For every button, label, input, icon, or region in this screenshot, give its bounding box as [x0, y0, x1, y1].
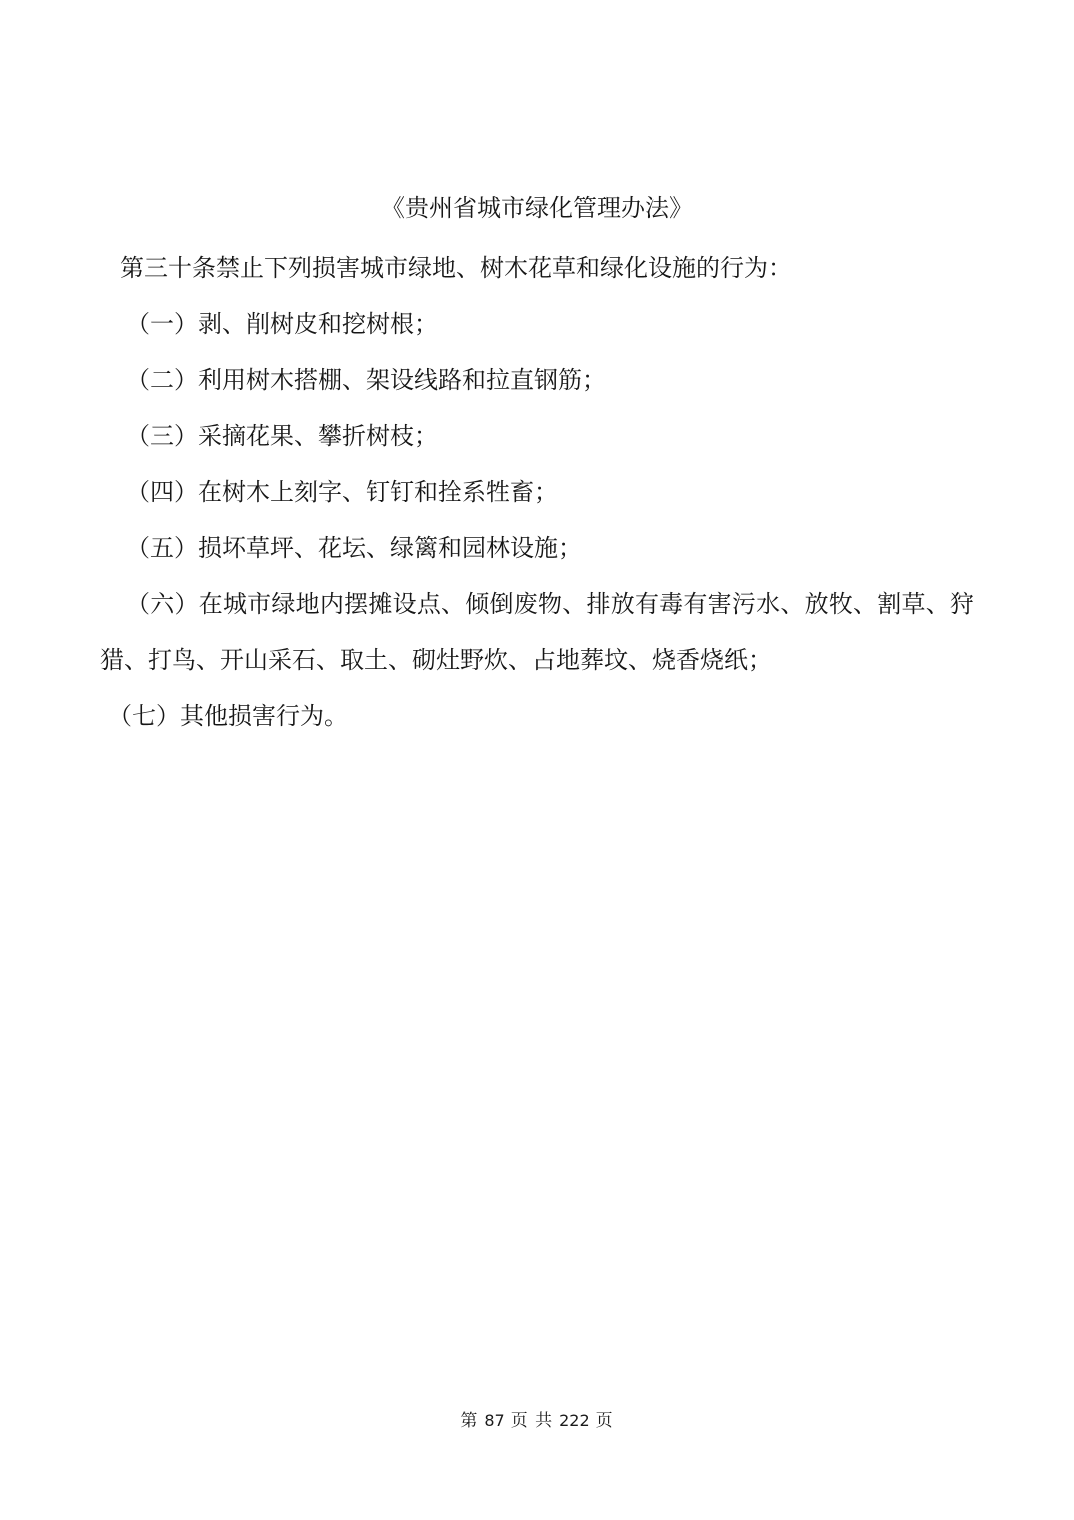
- footer-page-prefix-label: 第: [460, 1411, 478, 1431]
- footer-total-page-count: 222: [559, 1411, 590, 1430]
- footer-current-page-number: 87: [484, 1411, 504, 1430]
- paragraph-item-1: （一）剥、削树皮和挖树根；: [100, 296, 974, 352]
- footer-page-suffix-label: 页: [596, 1411, 614, 1431]
- paragraph-item-2: （二）利用树木搭棚、架设线路和拉直钢筋；: [100, 352, 974, 408]
- document-title: 《贵州省城市绿化管理办法》: [0, 0, 1074, 226]
- paragraph-item-3: （三）采摘花果、攀折树枝；: [100, 408, 974, 464]
- paragraph-item-4: （四）在树木上刻字、钉钉和拴系牲畜；: [100, 464, 974, 520]
- paragraph-item-5: （五）损坏草坪、花坛、绿篱和园林设施；: [100, 520, 974, 576]
- paragraph-item-7: （七）其他损害行为。: [100, 688, 974, 744]
- footer-middle-label: 页 共: [511, 1411, 553, 1431]
- document-page: 《贵州省城市绿化管理办法》 第三十条禁止下列损害城市绿地、树木花草和绿化设施的行…: [0, 0, 1074, 1520]
- document-body: 第三十条禁止下列损害城市绿地、树木花草和绿化设施的行为： （一）剥、削树皮和挖树…: [100, 240, 974, 744]
- paragraph-article-30: 第三十条禁止下列损害城市绿地、树木花草和绿化设施的行为：: [100, 240, 974, 296]
- page-footer: 第87页 共222页: [0, 1408, 1074, 1434]
- paragraph-item-6: （六）在城市绿地内摆摊设点、倾倒废物、排放有毒有害污水、放牧、割草、狩猎、打鸟、…: [100, 576, 974, 688]
